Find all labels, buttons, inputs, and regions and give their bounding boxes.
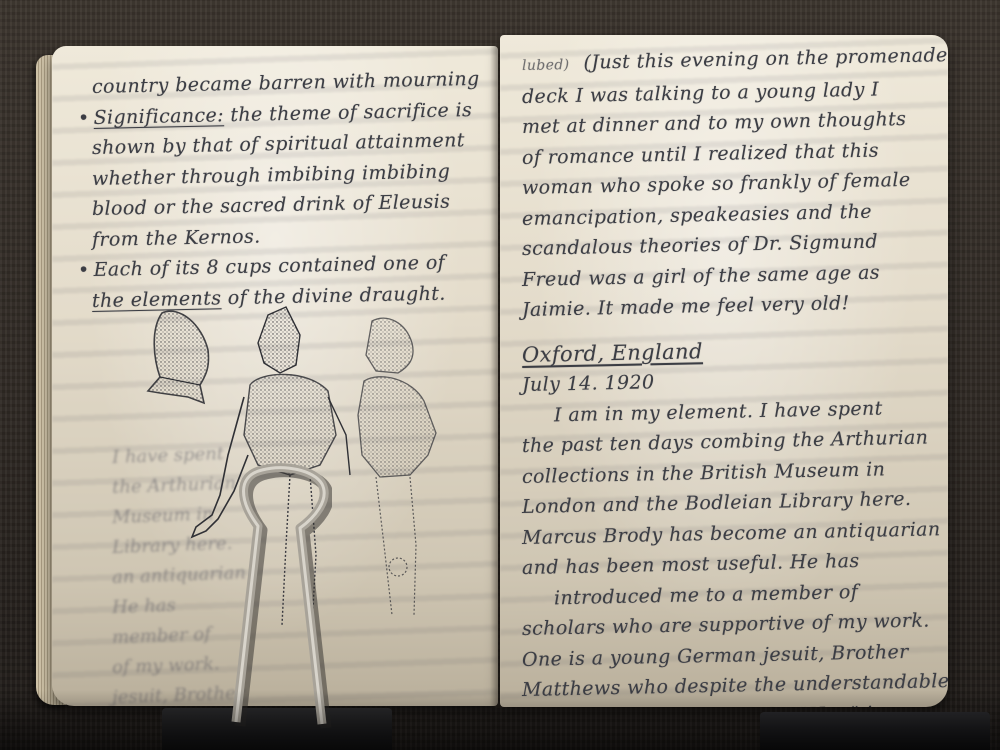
binder-clip-base-right: [760, 712, 990, 750]
elements-underlined: the elements: [92, 287, 222, 312]
right-page-text: lubed)(Just this evening on the promenad…: [522, 49, 934, 707]
notebook-photo: country became barren with mourning Sign…: [0, 0, 1000, 750]
significance-label: Significance:: [93, 104, 224, 129]
binder-clip: [222, 462, 332, 750]
left-line-8-rest: of the divine draught.: [221, 282, 446, 309]
clip-wire-icon: [222, 462, 332, 750]
right-line-1: (Just this evening on the promenade: [569, 44, 948, 74]
left-line-2-rest: the theme of sacrifice is: [224, 99, 473, 126]
continued-prefix: lubed): [522, 57, 570, 74]
right-page: lubed)(Just this evening on the promenad…: [500, 35, 948, 707]
left-page-text: country became barren with mourning Sign…: [92, 72, 484, 316]
